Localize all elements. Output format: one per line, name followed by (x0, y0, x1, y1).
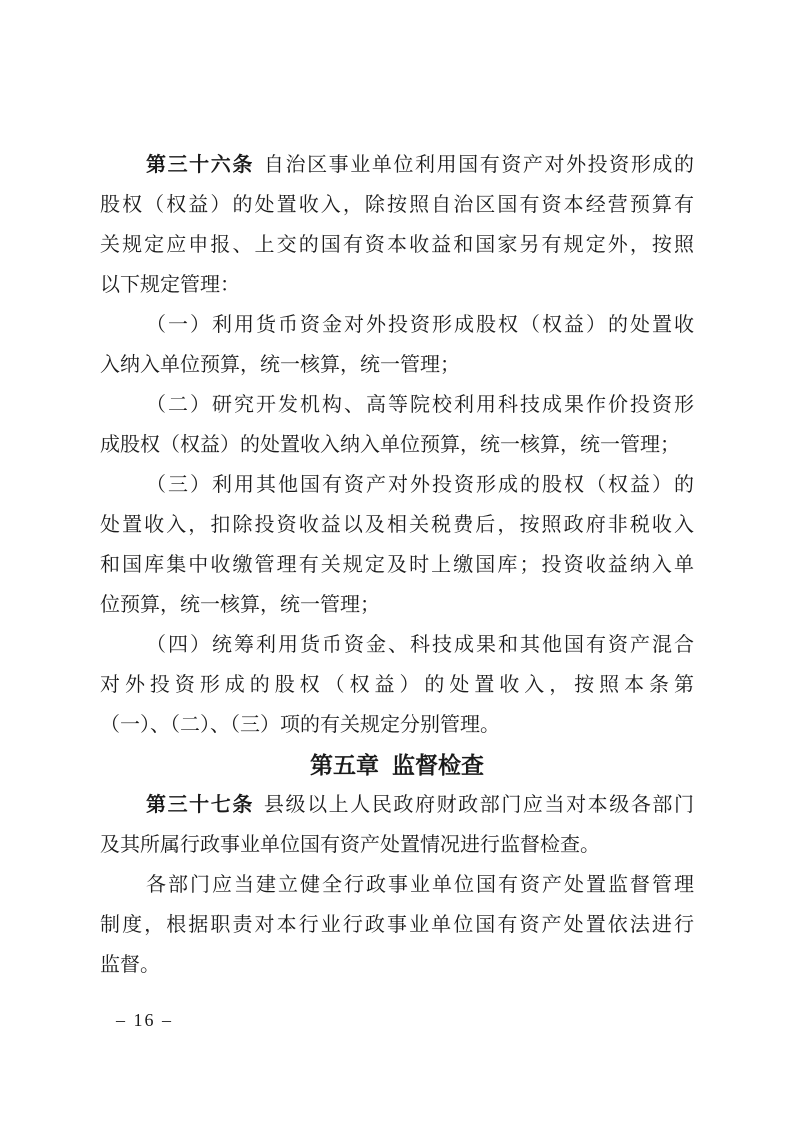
text-line: 监督。 (100, 945, 694, 985)
text-line: （一）利用货币资金对外投资形成股权（权益）的处置收 (100, 305, 694, 345)
article-37-paragraph-1: 第三十七条县级以上人民政府财政部门应当对本级各部门 及其所属行政事业单位国有资产… (100, 785, 694, 865)
text-line: （四）统筹利用货币资金、科技成果和其他国有资产混合 (100, 625, 694, 665)
text-line: 股权（权益）的处置收入，除按照自治区国有资本经营预算有 (100, 185, 694, 225)
article-36-item-4: （四）统筹利用货币资金、科技成果和其他国有资产混合 对外投资形成的股权（权益）的… (100, 625, 694, 745)
text-line: 制度，根据职责对本行业行政事业单位国有资产处置依法进行 (100, 905, 694, 945)
article-36-number: 第三十六条 (146, 154, 254, 176)
text-line: 和国库集中收缴管理有关规定及时上缴国库；投资收益纳入单 (100, 545, 694, 585)
chapter-5-number: 第五章 (310, 752, 379, 778)
article-37-number: 第三十七条 (146, 794, 254, 816)
text-line: 位预算，统一核算，统一管理； (100, 585, 694, 625)
document-body: 第三十六条自治区事业单位利用国有资产对外投资形成的 股权（权益）的处置收入，除按… (100, 145, 694, 985)
article-37-paragraph-2: 各部门应当建立健全行政事业单位国有资产处置监督管理 制度，根据职责对本行业行政事… (100, 865, 694, 985)
article-36-item-3: （三）利用其他国有资产对外投资形成的股权（权益）的 处置收入，扣除投资收益以及相… (100, 465, 694, 625)
text-line: 第三十七条县级以上人民政府财政部门应当对本级各部门 (100, 785, 694, 825)
chapter-5-heading: 第五章监督检查 (100, 745, 694, 785)
article-36-item-1: （一）利用货币资金对外投资形成股权（权益）的处置收 入纳入单位预算，统一核算，统… (100, 305, 694, 385)
text-line: 及其所属行政事业单位国有资产处置情况进行监督检查。 (100, 825, 694, 865)
text-line: 对外投资形成的股权（权益）的处置收入，按照本条第 (100, 665, 694, 705)
text-line: 各部门应当建立健全行政事业单位国有资产处置监督管理 (100, 865, 694, 905)
text-line: （二）研究开发机构、高等院校利用科技成果作价投资形 (100, 385, 694, 425)
article-36-item-2: （二）研究开发机构、高等院校利用科技成果作价投资形 成股权（权益）的处置收入纳入… (100, 385, 694, 465)
page-number: – 16 – (116, 1008, 173, 1032)
text-line: （一）、（二）、（三）项的有关规定分别管理。 (100, 705, 694, 745)
text-line: 成股权（权益）的处置收入纳入单位预算，统一核算，统一管理； (100, 425, 694, 465)
text-line: 处置收入，扣除投资收益以及相关税费后，按照政府非税收入 (100, 505, 694, 545)
document-page: 第三十六条自治区事业单位利用国有资产对外投资形成的 股权（权益）的处置收入，除按… (0, 0, 794, 1123)
text-line: （三）利用其他国有资产对外投资形成的股权（权益）的 (100, 465, 694, 505)
chapter-5-title: 监督检查 (392, 752, 484, 778)
text-line: 第三十六条自治区事业单位利用国有资产对外投资形成的 (100, 145, 694, 185)
text-line: 以下规定管理： (100, 265, 694, 305)
text-line: 关规定应申报、上交的国有资本收益和国家另有规定外，按照 (100, 225, 694, 265)
text-line: 入纳入单位预算，统一核算，统一管理； (100, 345, 694, 385)
article-36-intro-line-1: 自治区事业单位利用国有资产对外投资形成的 (264, 154, 694, 176)
article-36-paragraph: 第三十六条自治区事业单位利用国有资产对外投资形成的 股权（权益）的处置收入，除按… (100, 145, 694, 305)
article-37-para1-line-1: 县级以上人民政府财政部门应当对本级各部门 (264, 794, 694, 816)
